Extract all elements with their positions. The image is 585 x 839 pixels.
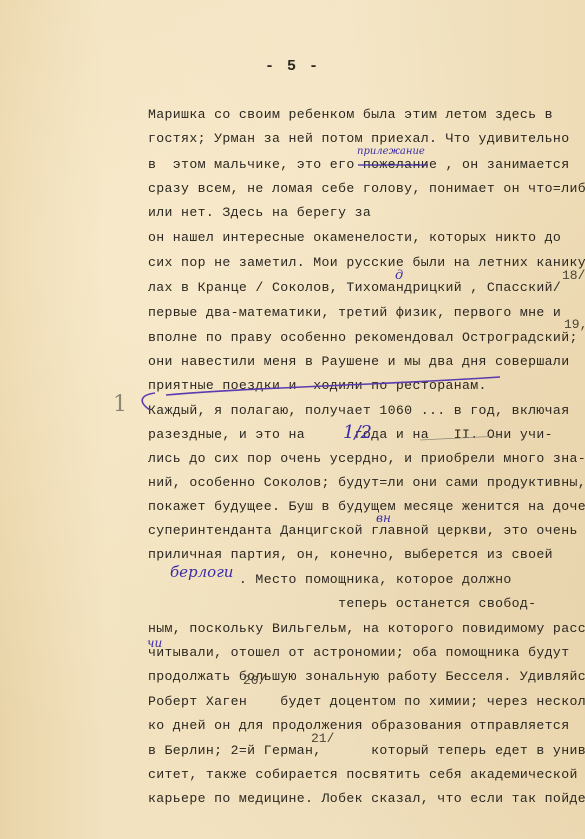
text-line-27: в Берлин; 2=й Герман, который теперь еде…: [148, 743, 585, 759]
footnote-marker-21: 21/: [311, 731, 334, 746]
document-page: - 5 - Маришка со своим ребенком была эти…: [0, 0, 585, 839]
text-line-4: сразу всем, не ломая себе голову, понима…: [148, 181, 585, 197]
text-line-25: Роберт Хаген будет доцентом по химии; че…: [148, 694, 585, 710]
handwritten-correction-tikhomandritsky: д: [395, 268, 403, 283]
text-line-10: вполне по праву особенно рекомендовал Ос…: [148, 330, 578, 346]
footnote-marker-18: 18/: [562, 268, 585, 283]
text-line-8: лах в Кранце / Соколов, Тихомандрицкий ,…: [148, 280, 561, 296]
text-line-1: Маришка со своим ребенком была этим лето…: [148, 107, 553, 123]
handwritten-correction-glavnoy: вн: [376, 511, 391, 525]
text-line-9: первые два-математики, третий физик, пер…: [148, 305, 561, 321]
text-line-21: теперь останется свобод-: [148, 596, 536, 612]
footnote-marker-20: 20/: [243, 673, 266, 688]
page-number: - 5 -: [0, 58, 585, 75]
text-line-26: ко дней он для продолжения образования о…: [148, 718, 569, 734]
text-line-12: приятные поездки и ходили по ресторанам.: [148, 378, 487, 394]
pencil-margin-mark: 1: [113, 392, 127, 417]
text-line-18: суперинтенданта Данцигской главной церкв…: [148, 523, 578, 539]
text-line-3: в этом мальчике, это его пожелание , он …: [148, 157, 569, 173]
text-line-16: ний, особенно Соколов; будут=ли они сами…: [148, 475, 585, 491]
text-line-7: сих пор не заметил. Мои русские были на …: [148, 255, 585, 271]
text-line-23: читывали, отошел от астрономии; оба помо…: [148, 645, 569, 661]
text-line-17: покажет будущее. Буш в будущем месяце же…: [148, 499, 585, 515]
handwritten-fraction: 1/2: [343, 422, 372, 443]
text-line-28: ситет, также собирается посвятить себя а…: [148, 767, 578, 783]
text-line-24: продолжать большую зональную работу Бесс…: [148, 669, 585, 685]
text-line-11: они навестили меня в Раушене и мы два дн…: [148, 354, 569, 370]
handwritten-margin-word: берлоги: [170, 563, 233, 581]
text-line-5: или нет. Здесь на берегу за: [148, 205, 371, 221]
handwritten-correction-chityvali: чи: [147, 636, 162, 650]
text-line-22: ным, поскольку Вильгельм, на которого по…: [148, 621, 585, 637]
text-line-6: он нашел интересные окаменелости, которы…: [148, 230, 561, 246]
text-line-13: Каждый, я полагаю, получает 1060 ... в г…: [148, 403, 569, 419]
footnote-marker-19: 19,: [564, 317, 585, 332]
text-line-19: приличная партия, он, конечно, выберется…: [148, 547, 553, 563]
text-line-29: карьере по медицине. Лобек сказал, что е…: [148, 791, 585, 807]
text-line-15: лись до сих пор очень усердно, и приобре…: [148, 451, 585, 467]
handwritten-insertion: прилежание: [357, 146, 425, 157]
ink-annotations: [0, 0, 585, 839]
text-line-2: гостях; Урман за ней потом приехал. Что …: [148, 131, 569, 147]
